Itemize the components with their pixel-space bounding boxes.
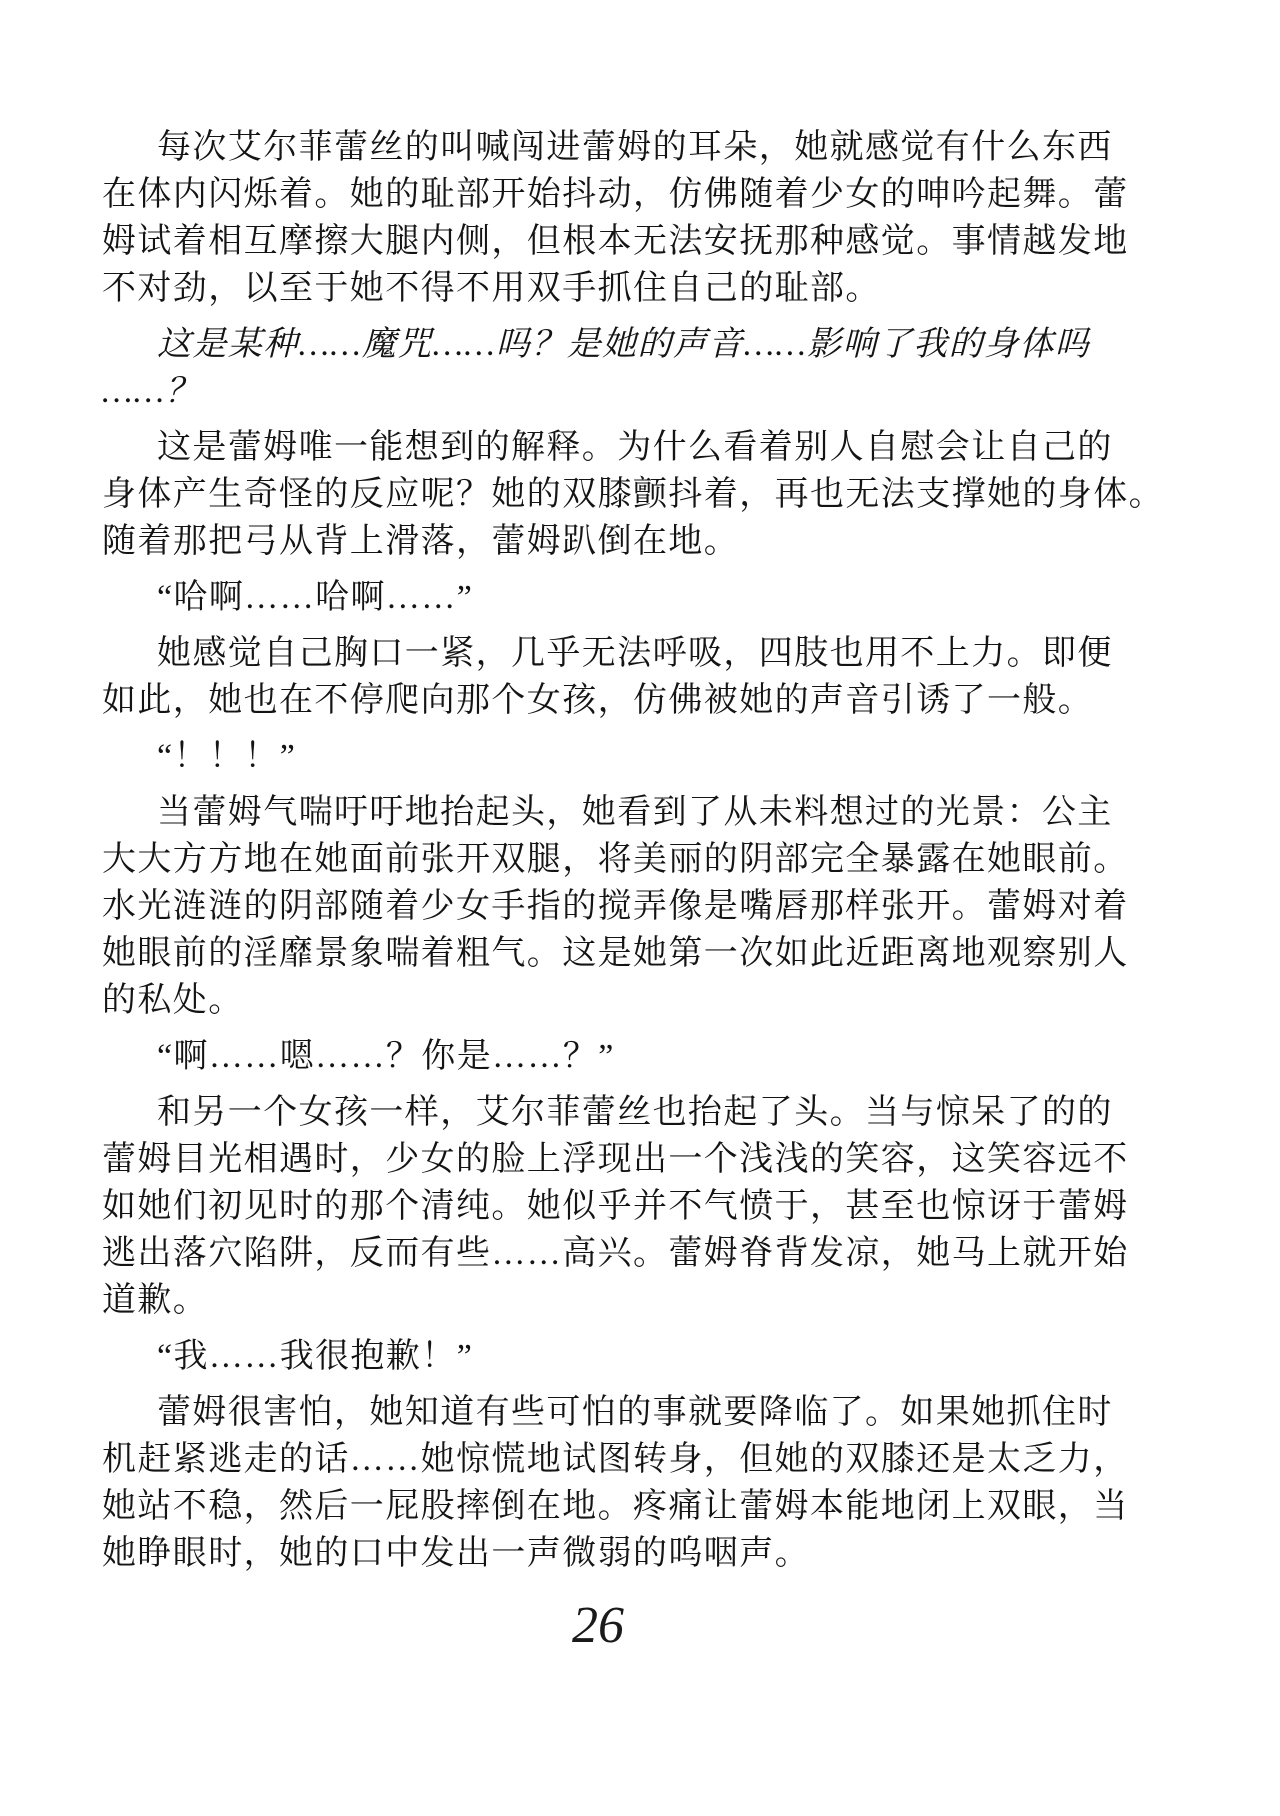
paragraph-8-dialogue: “啊……嗯……？你是……？” bbox=[102, 1033, 1060, 1080]
text-block: 每次艾尔菲蕾丝的叫喊闯进蕾姆的耳朵，她就感觉有什么东西 在体内闪烁着。她的耻部开… bbox=[102, 124, 1060, 1586]
paragraph-3: 这是蕾姆唯一能想到的解释。为什么看着别人自慰会让自己的 身体产生奇怪的反应呢？她… bbox=[102, 424, 1060, 565]
text-line: 她站不稳，然后一屁股摔倒在地。疼痛让蕾姆本能地闭上双眼，当 bbox=[102, 1483, 1060, 1530]
text-line: 随着那把弓从背上滑落，蕾姆趴倒在地。 bbox=[102, 518, 1060, 565]
text-line: 这是蕾姆唯一能想到的解释。为什么看着别人自慰会让自己的 bbox=[102, 424, 1060, 471]
paragraph-11: 蕾姆很害怕，她知道有些可怕的事就要降临了。如果她抓住时 机赶紧逃走的话……她惊慌… bbox=[102, 1389, 1060, 1577]
text-line: 她感觉自己胸口一紧，几乎无法呼吸，四肢也用不上力。即便 bbox=[102, 630, 1060, 677]
paragraph-1: 每次艾尔菲蕾丝的叫喊闯进蕾姆的耳朵，她就感觉有什么东西 在体内闪烁着。她的耻部开… bbox=[102, 124, 1060, 312]
paragraph-2-inner-monologue: 这是某种……魔咒……吗？是她的声音……影响了我的身体吗 ……？ bbox=[102, 321, 1060, 415]
text-line: 这是某种……魔咒……吗？是她的声音……影响了我的身体吗 bbox=[102, 321, 1060, 368]
text-line: 机赶紧逃走的话……她惊慌地试图转身，但她的双膝还是太乏力， bbox=[102, 1436, 1060, 1483]
text-line: 在体内闪烁着。她的耻部开始抖动，仿佛随着少女的呻吟起舞。蕾 bbox=[102, 171, 1060, 218]
page-number: 26 bbox=[572, 1600, 624, 1652]
paragraph-7: 当蕾姆气喘吁吁地抬起头，她看到了从未料想过的光景：公主 大大方方地在她面前张开双… bbox=[102, 789, 1060, 1024]
text-line: 水光涟涟的阴部随着少女手指的搅弄像是嘴唇那样张开。蕾姆对着 bbox=[102, 883, 1060, 930]
text-line: 她眼前的淫靡景象喘着粗气。这是她第一次如此近距离地观察别人 bbox=[102, 930, 1060, 977]
text-line: 道歉。 bbox=[102, 1277, 1060, 1324]
text-line: 当蕾姆气喘吁吁地抬起头，她看到了从未料想过的光景：公主 bbox=[102, 789, 1060, 836]
paragraph-5: 她感觉自己胸口一紧，几乎无法呼吸，四肢也用不上力。即便 如此，她也在不停爬向那个… bbox=[102, 630, 1060, 724]
text-line: 姆试着相互摩擦大腿内侧，但根本无法安抚那种感觉。事情越发地 bbox=[102, 218, 1060, 265]
text-line: “哈啊……哈啊……” bbox=[102, 574, 1060, 621]
book-page: 每次艾尔菲蕾丝的叫喊闯进蕾姆的耳朵，她就感觉有什么东西 在体内闪烁着。她的耻部开… bbox=[0, 0, 1280, 1816]
text-line: 逃出落穴陷阱，反而有些……高兴。蕾姆脊背发凉，她马上就开始 bbox=[102, 1230, 1060, 1277]
text-line: 不对劲，以至于她不得不用双手抓住自己的耻部。 bbox=[102, 265, 1060, 312]
text-line: 如此，她也在不停爬向那个女孩，仿佛被她的声音引诱了一般。 bbox=[102, 677, 1060, 724]
text-line: 她睁眼时，她的口中发出一声微弱的呜咽声。 bbox=[102, 1530, 1060, 1577]
paragraph-6-dialogue: “！！！” bbox=[102, 733, 1060, 780]
text-line: 蕾姆很害怕，她知道有些可怕的事就要降临了。如果她抓住时 bbox=[102, 1389, 1060, 1436]
text-line: 蕾姆目光相遇时，少女的脸上浮现出一个浅浅的笑容，这笑容远不 bbox=[102, 1136, 1060, 1183]
text-line: 身体产生奇怪的反应呢？她的双膝颤抖着，再也无法支撑她的身体。 bbox=[102, 471, 1060, 518]
text-line: 和另一个女孩一样，艾尔菲蕾丝也抬起了头。当与惊呆了的的 bbox=[102, 1089, 1060, 1136]
text-line: 如她们初见时的那个清纯。她似乎并不气愤于，甚至也惊讶于蕾姆 bbox=[102, 1183, 1060, 1230]
text-line: “我……我很抱歉！” bbox=[102, 1333, 1060, 1380]
text-line: 大大方方地在她面前张开双腿，将美丽的阴部完全暴露在她眼前。 bbox=[102, 836, 1060, 883]
text-line: ……？ bbox=[102, 368, 1060, 415]
text-line: “！！！” bbox=[102, 733, 1060, 780]
paragraph-4-dialogue: “哈啊……哈啊……” bbox=[102, 574, 1060, 621]
text-line: 每次艾尔菲蕾丝的叫喊闯进蕾姆的耳朵，她就感觉有什么东西 bbox=[102, 124, 1060, 171]
paragraph-10-dialogue: “我……我很抱歉！” bbox=[102, 1333, 1060, 1380]
paragraph-9: 和另一个女孩一样，艾尔菲蕾丝也抬起了头。当与惊呆了的的 蕾姆目光相遇时，少女的脸… bbox=[102, 1089, 1060, 1324]
text-line: “啊……嗯……？你是……？” bbox=[102, 1033, 1060, 1080]
text-line: 的私处。 bbox=[102, 977, 1060, 1024]
